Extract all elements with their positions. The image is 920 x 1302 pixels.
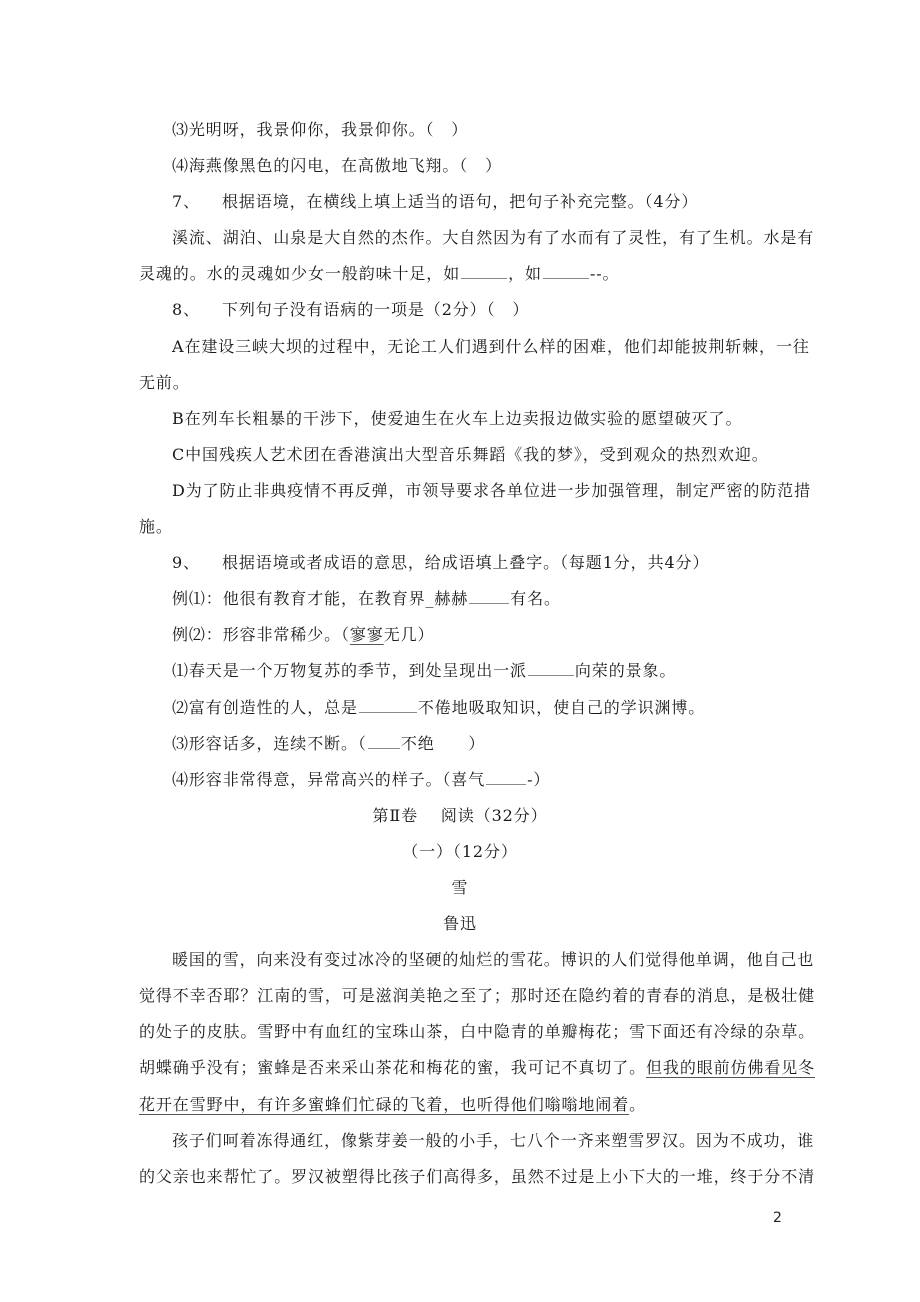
- part-title: （一）（12分）: [139, 834, 781, 870]
- underlined-answer: 寥寥: [350, 625, 384, 644]
- fill-blank[interactable]: [528, 657, 574, 676]
- fill-blank[interactable]: [469, 585, 509, 604]
- text-segment: -）: [527, 770, 550, 789]
- text-segment: 不绝 ）: [401, 734, 486, 753]
- q9-example-2: 例⑵：形容非常稀少。（寥寥无几）: [139, 617, 781, 653]
- q6-item-3: ⑶光明呀，我景仰你，我景仰你。（ ）: [139, 112, 781, 148]
- q7-passage-line-1: 溪流、湖泊、山泉是大自然的杰作。大自然因为有了水而有了灵性，有了生机。水是有: [139, 220, 781, 256]
- text-segment: 不倦地吸取知识，使自己的学识渊博。: [418, 698, 705, 717]
- text-segment: 向荣的景象。: [575, 661, 676, 680]
- q9-item-1: ⑴春天是一个万物复苏的季节，到处呈现出一派向荣的景象。: [139, 653, 781, 689]
- fill-blank[interactable]: [359, 694, 417, 713]
- fill-blank[interactable]: [461, 260, 507, 279]
- text-segment: --。: [590, 264, 620, 283]
- text-segment: 胡蝶确乎没有；蜜蜂是否来采山茶花和梅花的蜜，我可记不真切了。: [139, 1058, 646, 1077]
- article-author: 鲁迅: [139, 906, 781, 942]
- article-paragraph-1-line-3: 的处子的皮肤。雪野中有血红的宝珠山茶，白中隐青的单瓣梅花；雪下面还有冷绿的杂草。: [139, 1014, 781, 1050]
- page-number: 2: [773, 1210, 782, 1226]
- article-paragraph-1-line-1: 暖国的雪，向来没有变过冰冷的坚硬的灿烂的雪花。博识的人们觉得他单调，他自己也: [139, 942, 781, 978]
- q8-option-b: B在列车长粗暴的干涉下，使爱迪生在火车上边卖报边做实验的愿望破灭了。: [139, 401, 781, 437]
- text-segment: 灵魂的。水的灵魂如少女一般韵味十足，如: [139, 264, 460, 283]
- q8-option-a-line-1: A在建设三峡大坝的过程中，无论工人们遇到什么样的困难，他们却能披荆斩棘，一往: [139, 329, 781, 365]
- text-segment: 无几）: [384, 625, 435, 644]
- article-title: 雪: [139, 870, 781, 906]
- article-paragraph-1-line-4: 胡蝶确乎没有；蜜蜂是否来采山茶花和梅花的蜜，我可记不真切了。但我的眼前仿佛看见冬: [139, 1050, 781, 1086]
- text-segment: ⑵富有创造性的人，总是: [172, 698, 358, 717]
- text-segment: 有名。: [510, 589, 561, 608]
- fill-blank[interactable]: [486, 766, 526, 785]
- question-8: 8、下列句子没有语病的一项是（2分）（ ）: [139, 292, 781, 328]
- q9-item-3: ⑶形容话多，连续不断。（不绝 ）: [139, 726, 781, 762]
- underlined-sentence: 但我的眼前仿佛看见冬: [646, 1058, 815, 1077]
- q9-example-1: 例⑴：他很有教育才能，在教育界_赫赫有名。: [139, 581, 781, 617]
- q8-option-d-line-2: 施。: [139, 509, 781, 545]
- document-page: ⑶光明呀，我景仰你，我景仰你。（ ） ⑷海燕像黑色的闪电，在高傲地飞翔。（ ） …: [0, 0, 920, 1302]
- text-segment: ⑶形容话多，连续不断。（: [172, 734, 367, 753]
- fill-blank[interactable]: [543, 260, 589, 279]
- question-number: 7、: [172, 184, 222, 220]
- text-segment: ⑴春天是一个万物复苏的季节，到处呈现出一派: [172, 661, 527, 680]
- q9-item-2: ⑵富有创造性的人，总是不倦地吸取知识，使自己的学识渊博。: [139, 690, 781, 726]
- question-text: 下列句子没有语病的一项是（2分）（ ）: [222, 300, 529, 319]
- q8-option-a-line-2: 无前。: [139, 365, 781, 401]
- section-title: 第Ⅱ卷 阅读（32分）: [139, 798, 781, 834]
- article-paragraph-1-line-2: 觉得不幸否耶？江南的雪，可是滋润美艳之至了；那时还在隐约着的青春的消息，是极壮健: [139, 978, 781, 1014]
- question-number: 8、: [172, 292, 222, 328]
- question-text: 根据语境或者成语的意思，给成语填上叠字。（每题1分，共4分）: [222, 553, 709, 572]
- q8-option-d-line-1: D为了防止非典疫情不再反弹，市领导要求各单位进一步加强管理，制定严密的防范措: [139, 473, 781, 509]
- text-segment: ⑷形容非常得意，异常高兴的样子。（喜气: [172, 770, 485, 789]
- article-paragraph-1-line-5: 花开在雪野中，有许多蜜蜂们忙碌的飞着，也听得他们嗡嗡地闹着。: [139, 1087, 781, 1123]
- text-segment: ，如: [508, 264, 542, 283]
- question-7: 7、根据语境，在横线上填上适当的语句，把句子补充完整。（4分）: [139, 184, 781, 220]
- text-segment: 例⑵：形容非常稀少。（: [172, 625, 350, 644]
- question-number: 9、: [172, 545, 222, 581]
- page-body: ⑶光明呀，我景仰你，我景仰你。（ ） ⑷海燕像黑色的闪电，在高傲地飞翔。（ ） …: [139, 112, 781, 1195]
- text-segment: 。: [629, 1095, 646, 1114]
- q7-passage-line-2: 灵魂的。水的灵魂如少女一般韵味十足，如，如--。: [139, 256, 781, 292]
- question-9: 9、根据语境或者成语的意思，给成语填上叠字。（每题1分，共4分）: [139, 545, 781, 581]
- text-segment: 例⑴：他很有教育才能，在教育界_赫赫: [172, 589, 468, 608]
- article-paragraph-2-line-2: 的父亲也来帮忙了。罗汉被塑得比孩子们高得多，虽然不过是上小下大的一堆，终于分不清: [139, 1159, 781, 1195]
- q9-item-4: ⑷形容非常得意，异常高兴的样子。（喜气-）: [139, 762, 781, 798]
- question-text: 根据语境，在横线上填上适当的语句，把句子补充完整。（4分）: [222, 192, 698, 211]
- q8-option-c: C中国残疾人艺术团在香港演出大型音乐舞蹈《我的梦》，受到观众的热烈欢迎。: [139, 437, 781, 473]
- fill-blank[interactable]: [368, 730, 400, 749]
- underlined-sentence: 花开在雪野中，有许多蜜蜂们忙碌的飞着，也听得他们嗡嗡地闹着: [139, 1095, 629, 1114]
- q6-item-4: ⑷海燕像黑色的闪电，在高傲地飞翔。（ ）: [139, 148, 781, 184]
- article-paragraph-2-line-1: 孩子们呵着冻得通红，像紫芽姜一般的小手，七八个一齐来塑雪罗汉。因为不成功，谁: [139, 1123, 781, 1159]
